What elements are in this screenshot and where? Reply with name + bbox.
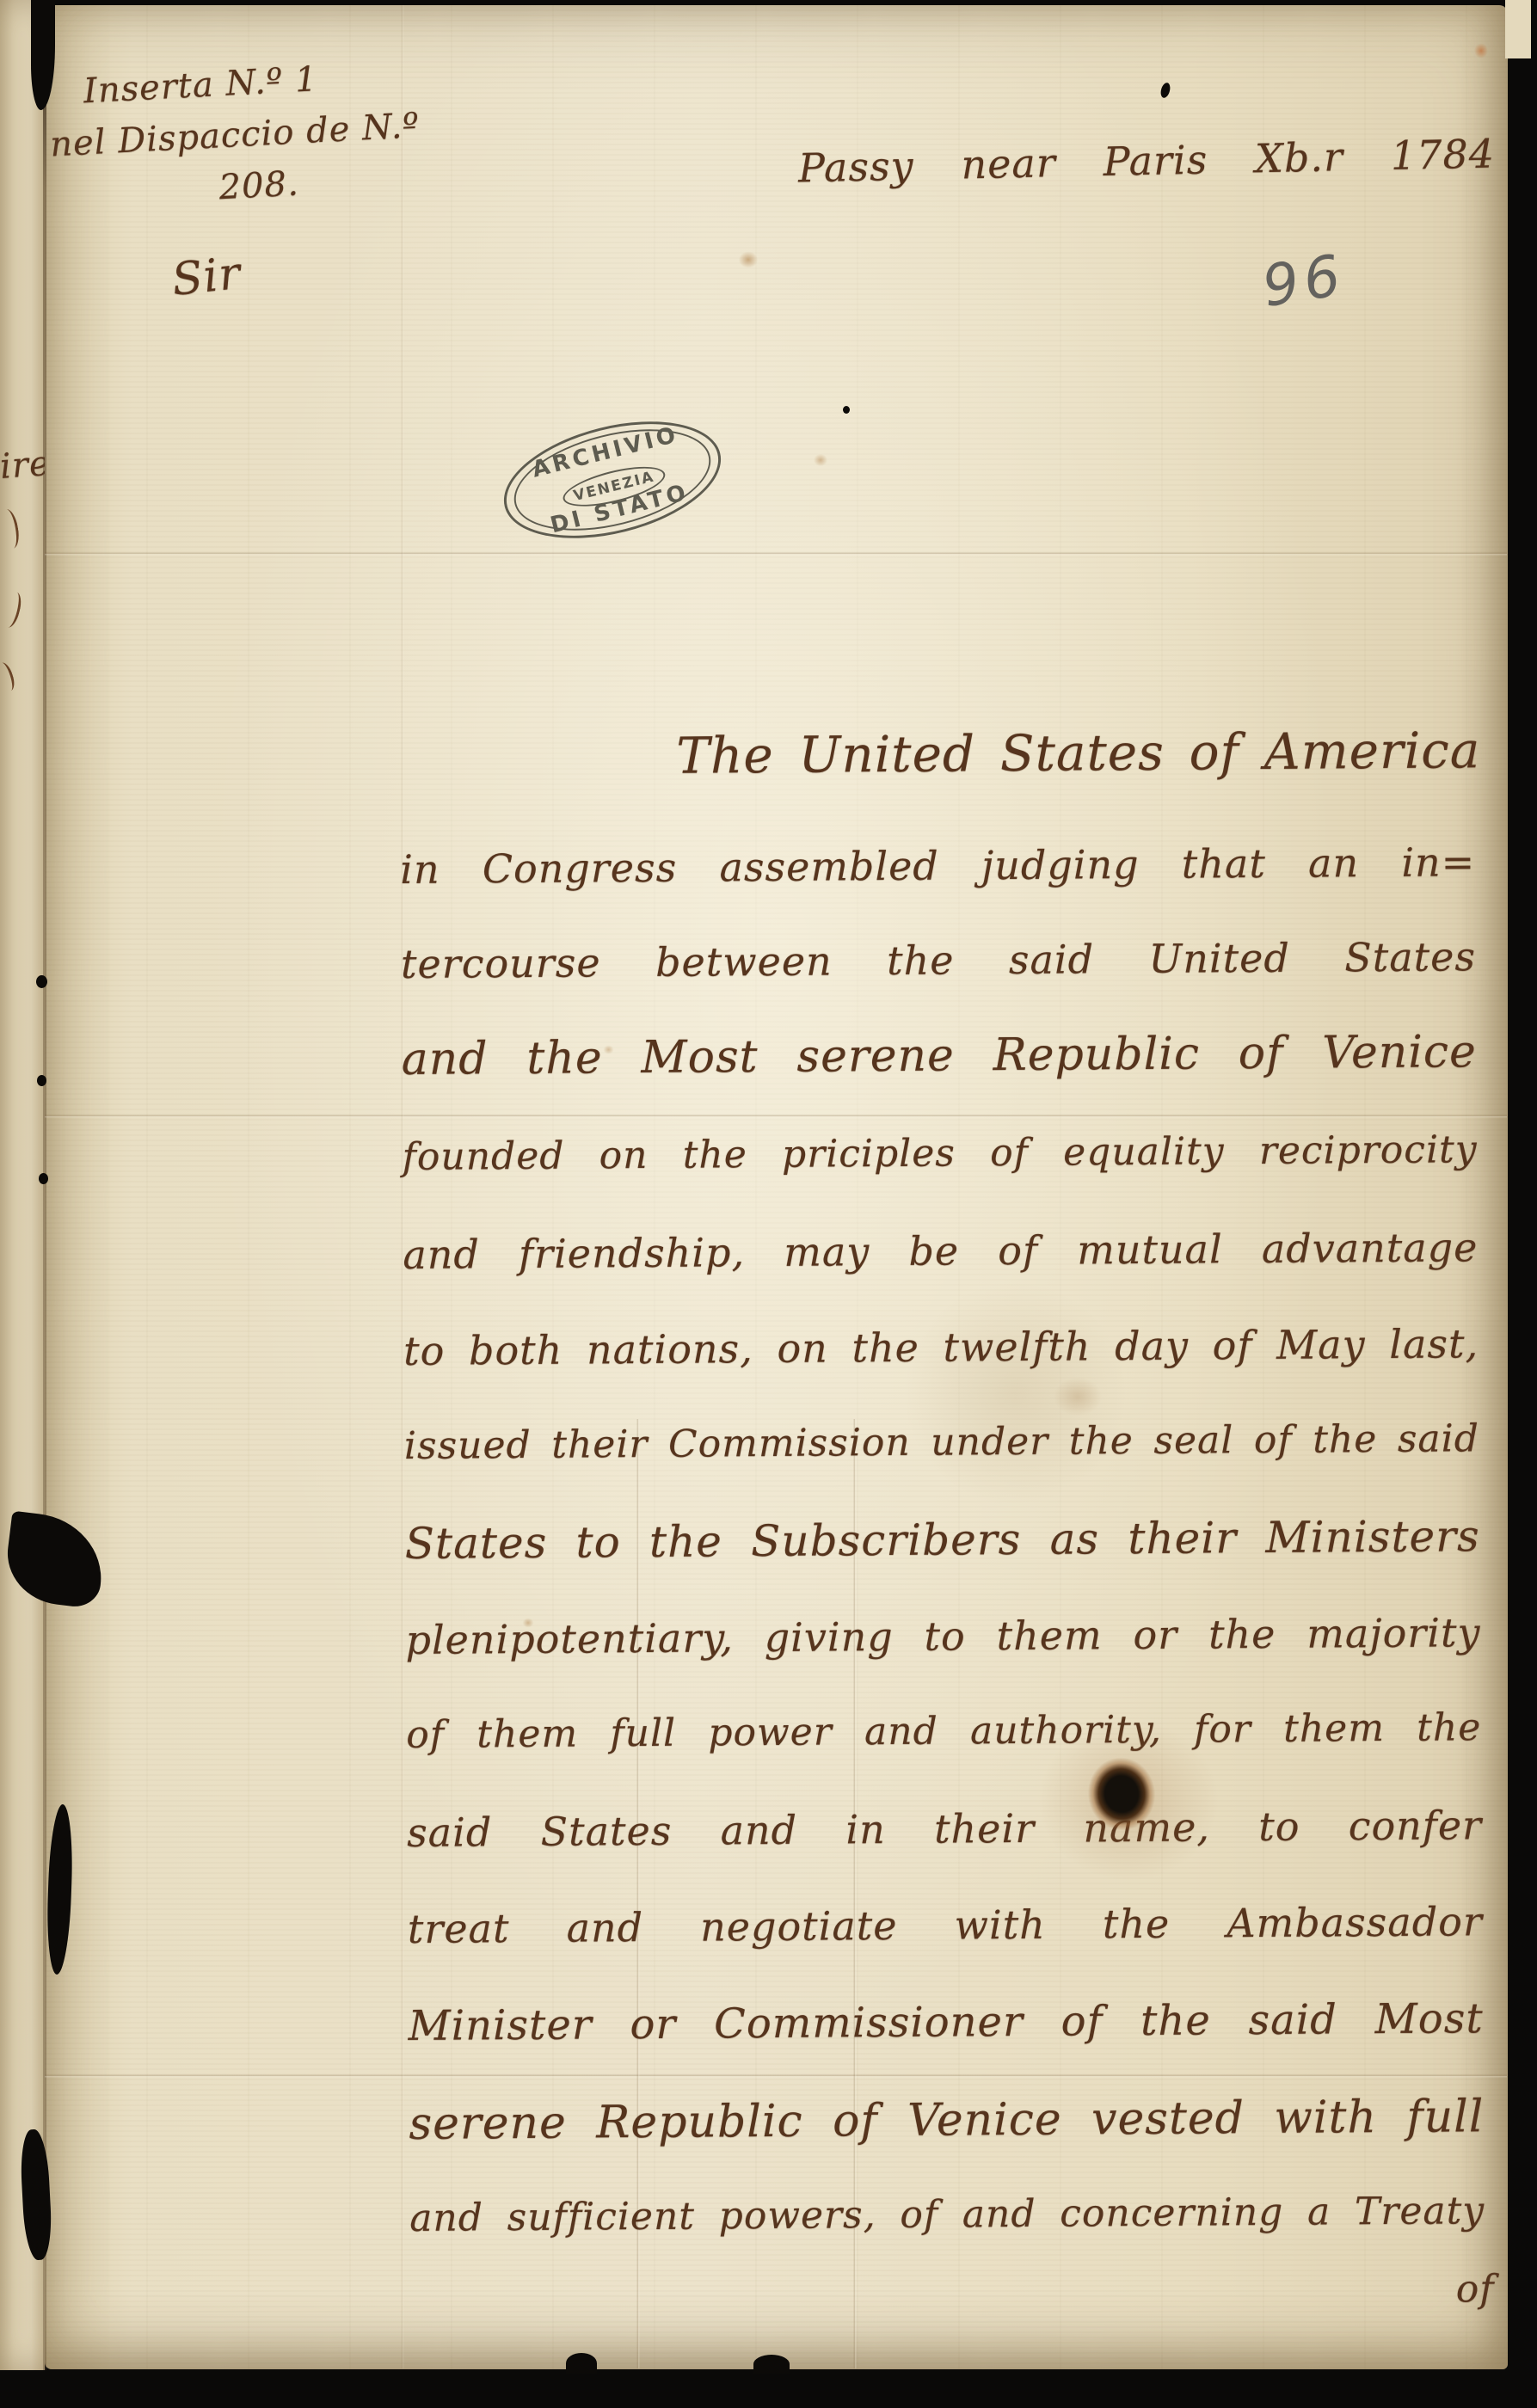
catchword: of [1456,2267,1495,2311]
manuscript-line: founded on the priciples of equality rec… [402,1130,1477,1177]
manuscript-line: States to the Subscribers as their Minis… [405,1514,1480,1566]
manuscript-line: Minister or Commissioner of the said Mos… [408,1997,1483,2048]
manuscript-line: treat and negotiate with the Ambassador [408,1901,1483,1950]
manuscript-line: plenipotentiary, giving to them or the m… [405,1612,1480,1661]
manuscript-line: The United States of America [676,724,1480,782]
manuscript-line: to both nations, on the twelfth day of M… [403,1323,1479,1372]
manuscript-line: and the Most serene Republic of Venice [402,1029,1477,1083]
manuscript-line: of them full power and authority, for th… [406,1708,1481,1755]
letter-body: The United States of America in Congress… [0,0,1537,2408]
manuscript-line: and friendship, may be of mutual advanta… [403,1226,1478,1275]
edge-notch [566,2353,597,2374]
manuscript-line: issued their Commission under the seal o… [404,1419,1479,1466]
stitch-hole [36,975,47,988]
edge-notch [753,2355,790,2374]
manuscript-line: and sufficient powers, of and concerning… [409,2191,1485,2239]
manuscript-scan: ire Inserta N.º 1 nel Dispaccio de N.º 2… [0,0,1537,2408]
stitch-hole [37,1075,46,1086]
stitch-hole [39,1173,48,1184]
manuscript-line: tercourse between the said United States [401,936,1476,985]
manuscript-line: serene Republic of Venice vested with fu… [409,2093,1484,2147]
manuscript-line: said States and in their name, to confer [407,1804,1482,1853]
ink-speck [843,406,850,414]
manuscript-line: in Congress assembled judging that an in… [400,841,1475,890]
